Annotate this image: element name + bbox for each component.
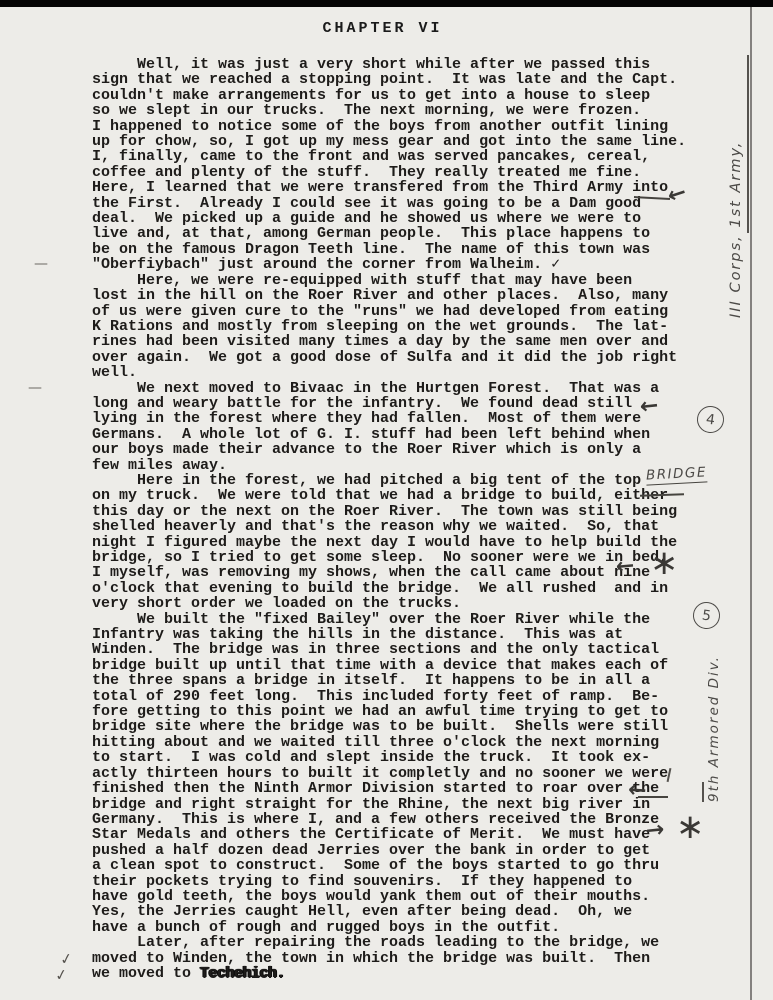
text-line: We next moved to Bivaac in the Hurtgen F… — [92, 381, 686, 396]
text-line: I, finally, came to the front and was se… — [92, 149, 686, 164]
pencil-arrow-left-icon: ← — [639, 395, 660, 419]
text-line: "Oberfiybach" just around the corner fro… — [92, 257, 686, 272]
text-line: lost in the hill on the Roer River and o… — [92, 288, 686, 303]
overstruck-town-name: Techehich. — [200, 965, 285, 982]
text-line: up for chow, so, I got up my mess gear a… — [92, 134, 686, 149]
text-line: Infantry was taking the hills in the dis… — [92, 627, 686, 642]
text-line: We built the "fixed Bailey" over the Roe… — [92, 612, 686, 627]
text-line: K Rations and mostly from sleeping on th… — [92, 319, 686, 334]
text-line: lying in the forest where they had falle… — [92, 411, 686, 426]
handwritten-division-note: 9th Armored Div. — [706, 655, 722, 802]
text-line: pushed a half dozen dead Jerries over th… — [92, 843, 686, 858]
text-line: hitting about and we waited till three o… — [92, 735, 686, 750]
text-line: Later, after repairing the roads leading… — [92, 935, 686, 950]
text-line: sign that we reached a stopping point. I… — [92, 72, 686, 87]
text-line: Winden. The bridge was in three sections… — [92, 642, 686, 657]
text-line: bridge, so I tried to get some sleep. No… — [92, 550, 686, 565]
text-line: coffee and plenty of the stuff. They rea… — [92, 165, 686, 180]
text-line: the First. Already I could see it was go… — [92, 196, 686, 211]
text-line: on my truck. We were told that we had a … — [92, 488, 686, 503]
scan-edge-right — [750, 0, 752, 1000]
handwritten-corps-note: III Corps, 1st Army, — [728, 140, 744, 318]
text-line: Star Medals and others the Certificate o… — [92, 827, 686, 842]
pencil-asterisk-icon: ∗ — [650, 546, 679, 580]
text-line: Germans. A whole lot of G. I. stuff had … — [92, 427, 686, 442]
text-line: their pockets trying to find souvenirs. … — [92, 874, 686, 889]
text-line: long and weary battle for the infantry. … — [92, 396, 686, 411]
text-line: o'clock that evening to build the bridge… — [92, 581, 686, 596]
text-line: deal. We picked up a guide and he showed… — [92, 211, 686, 226]
text-line: fore getting to this point we had an awf… — [92, 704, 686, 719]
body-text: Well, it was just a very short while aft… — [92, 57, 686, 966]
text-line: couldn't make arrangements for us to get… — [92, 88, 686, 103]
scan-edge-top — [0, 0, 773, 7]
text-line: rines had been visited many times a day … — [92, 334, 686, 349]
chapter-title: CHAPTER VI — [0, 20, 765, 37]
text-line: moved to Winden, the town in which the b… — [92, 951, 686, 966]
text-line: the three spans a bridge in itself. It h… — [92, 673, 686, 688]
text-line: Here, we were re-equipped with stuff tha… — [92, 273, 686, 288]
circled-number: 4 — [695, 404, 725, 434]
text-line: bridge site where the bridge was to be b… — [92, 719, 686, 734]
text-line: well. — [92, 365, 686, 380]
pencil-dash-mark: — — [28, 380, 42, 396]
text-line: bridge and right straight for the Rhine,… — [92, 797, 686, 812]
text-line: very short order we loaded on the trucks… — [92, 596, 686, 611]
pencil-arrow-left-icon: ← — [627, 779, 647, 802]
circled-number: 5 — [691, 600, 721, 630]
pencil-asterisk-icon: ∗ — [676, 810, 705, 844]
text-line: finished then the Ninth Armor Division s… — [92, 781, 686, 796]
text-line: shelled heaverly and that's the reason w… — [92, 519, 686, 534]
text-line: Yes, the Jerries caught Hell, even after… — [92, 904, 686, 919]
pencil-underline-vertical — [747, 55, 749, 233]
text-line: total of 290 feet long. This included fo… — [92, 689, 686, 704]
pencil-dash-mark: — — [34, 256, 48, 272]
text-line: over again. We got a good dose of Sulfa … — [92, 350, 686, 365]
text-line: a clean spot to construct. Some of the b… — [92, 858, 686, 873]
last-text-line: we moved to Techehich. — [92, 966, 285, 981]
text-line: Germany. This is where I, and a few othe… — [92, 812, 686, 827]
text-line: night I figured maybe the next day I wou… — [92, 535, 686, 550]
text-line: of us were given cure to the "runs" we h… — [92, 304, 686, 319]
text-line: this day or the next on the Roer River. … — [92, 504, 686, 519]
handwritten-bridge-note: BRIDGE — [646, 464, 708, 485]
pencil-arrow-left-icon: ← — [615, 555, 635, 579]
text-line: I myself, was removing my shows, when th… — [92, 565, 686, 580]
pencil-underline — [638, 796, 668, 798]
pencil-arrow-right-icon: → — [645, 819, 666, 843]
text-line: so we slept in our trucks. The next morn… — [92, 103, 686, 118]
text-line: bridge built up until that time with a d… — [92, 658, 686, 673]
text-line: live and, at that, among German people. … — [92, 226, 686, 241]
text-line: I happened to notice some of the boys fr… — [92, 119, 686, 134]
last-line-text: we moved to — [92, 965, 200, 982]
text-line: Here in the forest, we had pitched a big… — [92, 473, 686, 488]
pencil-bracket — [702, 782, 704, 802]
text-line: Here, I learned that we were transfered … — [92, 180, 686, 195]
text-line: few miles away. — [92, 458, 686, 473]
document-page: 11. CHAPTER VI Well, it was just a very … — [0, 0, 773, 1000]
text-line: have gold teeth, the boys would yank the… — [92, 889, 686, 904]
text-line: actly thirteen hours to built it complet… — [92, 766, 686, 781]
text-line: be on the famous Dragon Teeth line. The … — [92, 242, 686, 257]
text-line: have a bunch of rough and rugged boys in… — [92, 920, 686, 935]
text-line: our boys made their advance to the Roer … — [92, 442, 686, 457]
text-line: to start. I was cold and slept inside th… — [92, 750, 686, 765]
text-line: Well, it was just a very short while aft… — [92, 57, 686, 72]
